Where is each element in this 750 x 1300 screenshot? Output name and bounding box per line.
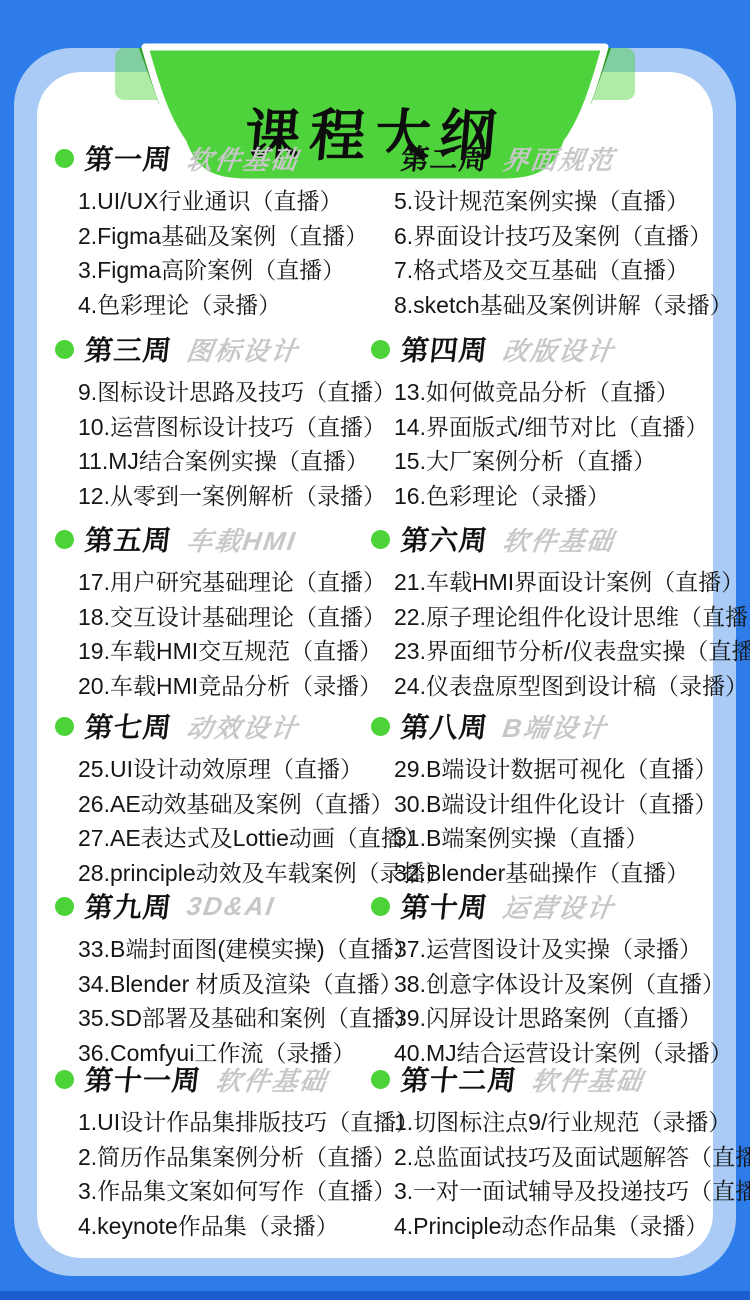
week-section: 第九周 3D&AI 33.B端封面图(建模实操)（直播）34.Blender 材… — [55, 890, 371, 1063]
course-item: 29.B端设计数据可视化（直播） — [394, 752, 750, 787]
bullet-dot-icon — [371, 1070, 390, 1089]
week-title: 第二周 — [399, 138, 490, 178]
course-item: 8.sketch基础及案例讲解（录播） — [394, 288, 750, 323]
week-title: 第十一周 — [83, 1059, 203, 1099]
course-item: 16.色彩理论（录播） — [394, 479, 750, 514]
week-topic: B端设计 — [500, 708, 610, 745]
bullet-dot-icon — [55, 1070, 74, 1089]
week-title: 第六周 — [399, 519, 490, 559]
week-title: 第五周 — [83, 519, 174, 559]
week-section: 第十一周 软件基础 1.UI设计作品集排版技巧（直播）2.简历作品集案例分析（直… — [55, 1063, 371, 1243]
course-item: 2.总监面试技巧及面试题解答（直播） — [394, 1140, 750, 1175]
course-item: 15.大厂案例分析（直播） — [394, 444, 750, 479]
week-heading: 第五周 车载HMI — [55, 523, 371, 555]
week-topic: 软件基础 — [500, 521, 617, 558]
bullet-dot-icon — [371, 717, 390, 736]
course-item: 9.图标设计思路及技巧（直播） — [78, 375, 371, 410]
course-item: 11.MJ结合案例实操（直播） — [78, 444, 371, 479]
course-item: 3.作品集文案如何写作（直播） — [78, 1174, 371, 1209]
bullet-dot-icon — [55, 340, 74, 359]
week-heading: 第二周 界面规范 — [371, 142, 750, 174]
course-item: 22.原子理论组件化设计思维（直播） — [394, 600, 750, 635]
bullet-dot-icon — [371, 149, 390, 168]
course-list: 1.UI设计作品集排版技巧（直播）2.简历作品集案例分析（直播）3.作品集文案如… — [55, 1105, 371, 1243]
weeks-grid: 第一周 软件基础 1.UI/UX行业通识（直播）2.Figma基础及案例（直播）… — [55, 142, 703, 1243]
course-outline-poster: 课程大纲 第一周 软件基础 1.UI/UX行业通识（直播）2.Figma基础及案… — [0, 0, 750, 1300]
week-topic: 车载HMI — [184, 521, 299, 558]
week-topic: 3D&AI — [185, 891, 277, 922]
week-section: 第四周 改版设计 13.如何做竞品分析（直播）14.界面版式/细节对比（直播）1… — [371, 333, 750, 523]
week-heading: 第八周 B端设计 — [371, 710, 750, 742]
course-item: 33.B端封面图(建模实操)（直播） — [78, 932, 371, 967]
course-list: 25.UI设计动效原理（直播）26.AE动效基础及案例（直播）27.AE表达式及… — [55, 752, 371, 890]
course-item: 24.仪表盘原型图到设计稿（录播） — [394, 669, 750, 704]
week-topic: 软件基础 — [213, 1061, 330, 1098]
course-list: 21.车载HMI界面设计案例（直播）22.原子理论组件化设计思维（直播）23.界… — [371, 565, 750, 703]
course-item: 6.界面设计技巧及案例（直播） — [394, 219, 750, 254]
bottom-accent-strip — [0, 1291, 750, 1300]
course-list: 17.用户研究基础理论（直播）18.交互设计基础理论（直播）19.车载HMI交互… — [55, 565, 371, 703]
course-list: 1.UI/UX行业通识（直播）2.Figma基础及案例（直播）3.Figma高阶… — [55, 184, 371, 322]
course-item: 14.界面版式/细节对比（直播） — [394, 410, 750, 445]
course-item: 31.B端案例实操（直播） — [394, 821, 750, 856]
course-item: 19.车载HMI交互规范（直播） — [78, 634, 371, 669]
week-section: 第十周 运营设计 37.运营图设计及实操（录播）38.创意字体设计及案例（直播）… — [371, 890, 750, 1063]
course-item: 2.Figma基础及案例（直播） — [78, 219, 371, 254]
week-section: 第八周 B端设计 29.B端设计数据可视化（直播）30.B端设计组件化设计（直播… — [371, 710, 750, 890]
course-item: 30.B端设计组件化设计（直播） — [394, 787, 750, 822]
week-heading: 第九周 3D&AI — [55, 890, 371, 922]
week-section: 第三周 图标设计 9.图标设计思路及技巧（直播）10.运营图标设计技巧（直播）1… — [55, 333, 371, 523]
course-item: 26.AE动效基础及案例（直播） — [78, 787, 371, 822]
course-item: 13.如何做竞品分析（直播） — [394, 375, 750, 410]
course-item: 2.简历作品集案例分析（直播） — [78, 1140, 371, 1175]
course-item: 25.UI设计动效原理（直播） — [78, 752, 371, 787]
bullet-dot-icon — [371, 340, 390, 359]
week-title: 第七周 — [83, 706, 174, 746]
week-topic: 软件基础 — [529, 1061, 646, 1098]
course-list: 29.B端设计数据可视化（直播）30.B端设计组件化设计（直播）31.B端案例实… — [371, 752, 750, 890]
course-item: 1.UI/UX行业通识（直播） — [78, 184, 371, 219]
course-item: 21.车载HMI界面设计案例（直播） — [394, 565, 750, 600]
week-heading: 第三周 图标设计 — [55, 333, 371, 365]
course-list: 33.B端封面图(建模实操)（直播）34.Blender 材质及渲染（直播）35… — [55, 932, 371, 1070]
course-item: 1.UI设计作品集排版技巧（直播） — [78, 1105, 371, 1140]
course-item: 3.Figma高阶案例（直播） — [78, 253, 371, 288]
course-list: 37.运营图设计及实操（录播）38.创意字体设计及案例（直播）39.闪屏设计思路… — [371, 932, 750, 1070]
course-item: 10.运营图标设计技巧（直播） — [78, 410, 371, 445]
week-heading: 第六周 软件基础 — [371, 523, 750, 555]
week-topic: 动效设计 — [184, 708, 301, 745]
course-item: 20.车载HMI竞品分析（录播） — [78, 669, 371, 704]
week-heading: 第十二周 软件基础 — [371, 1063, 750, 1095]
week-topic: 软件基础 — [184, 140, 301, 177]
week-heading: 第十一周 软件基础 — [55, 1063, 371, 1095]
week-heading: 第四周 改版设计 — [371, 333, 750, 365]
bullet-dot-icon — [55, 530, 74, 549]
course-item: 34.Blender 材质及渲染（直播） — [78, 967, 371, 1002]
course-item: 17.用户研究基础理论（直播） — [78, 565, 371, 600]
course-item: 37.运营图设计及实操（录播） — [394, 932, 750, 967]
course-item: 35.SD部署及基础和案例（直播） — [78, 1001, 371, 1036]
course-item: 38.创意字体设计及案例（直播） — [394, 967, 750, 1002]
week-section: 第十二周 软件基础 1.切图标注点9/行业规范（录播）2.总监面试技巧及面试题解… — [371, 1063, 750, 1243]
week-title: 第十周 — [399, 886, 490, 926]
course-item: 12.从零到一案例解析（录播） — [78, 479, 371, 514]
course-item: 4.Principle动态作品集（录播） — [394, 1209, 750, 1244]
week-title: 第四周 — [399, 329, 490, 369]
course-item: 4.色彩理论（录播） — [78, 288, 371, 323]
course-list: 13.如何做竞品分析（直播）14.界面版式/细节对比（直播）15.大厂案例分析（… — [371, 375, 750, 513]
course-item: 23.界面细节分析/仪表盘实操（直播） — [394, 634, 750, 669]
course-item: 3.一对一面试辅导及投递技巧（直播） — [394, 1174, 750, 1209]
bullet-dot-icon — [55, 717, 74, 736]
week-section: 第七周 动效设计 25.UI设计动效原理（直播）26.AE动效基础及案例（直播）… — [55, 710, 371, 890]
week-title: 第一周 — [83, 138, 174, 178]
course-item: 1.切图标注点9/行业规范（录播） — [394, 1105, 750, 1140]
week-section: 第六周 软件基础 21.车载HMI界面设计案例（直播）22.原子理论组件化设计思… — [371, 523, 750, 710]
course-list: 9.图标设计思路及技巧（直播）10.运营图标设计技巧（直播）11.MJ结合案例实… — [55, 375, 371, 513]
week-topic: 图标设计 — [184, 331, 301, 368]
course-item: 5.设计规范案例实操（直播） — [394, 184, 750, 219]
course-list: 5.设计规范案例实操（直播）6.界面设计技巧及案例（直播）7.格式塔及交互基础（… — [371, 184, 750, 322]
week-heading: 第十周 运营设计 — [371, 890, 750, 922]
week-heading: 第一周 软件基础 — [55, 142, 371, 174]
week-topic: 改版设计 — [500, 331, 617, 368]
course-item: 4.keynote作品集（录播） — [78, 1209, 371, 1244]
course-list: 1.切图标注点9/行业规范（录播）2.总监面试技巧及面试题解答（直播）3.一对一… — [371, 1105, 750, 1243]
course-item: 7.格式塔及交互基础（直播） — [394, 253, 750, 288]
week-heading: 第七周 动效设计 — [55, 710, 371, 742]
week-topic: 运营设计 — [500, 888, 617, 925]
week-title: 第八周 — [399, 706, 490, 746]
course-item: 39.闪屏设计思路案例（直播） — [394, 1001, 750, 1036]
course-item: 32.Blender基础操作（直播） — [394, 856, 750, 891]
bullet-dot-icon — [55, 149, 74, 168]
week-title: 第三周 — [83, 329, 174, 369]
course-item: 28.principle动效及车载案例（录播） — [78, 856, 371, 891]
week-topic: 界面规范 — [500, 140, 617, 177]
week-title: 第九周 — [83, 886, 174, 926]
course-item: 18.交互设计基础理论（直播） — [78, 600, 371, 635]
bullet-dot-icon — [371, 897, 390, 916]
course-item: 27.AE表达式及Lottie动画（直播） — [78, 821, 371, 856]
week-section: 第一周 软件基础 1.UI/UX行业通识（直播）2.Figma基础及案例（直播）… — [55, 142, 371, 333]
bullet-dot-icon — [371, 530, 390, 549]
week-title: 第十二周 — [399, 1059, 519, 1099]
bullet-dot-icon — [55, 897, 74, 916]
week-section: 第二周 界面规范 5.设计规范案例实操（直播）6.界面设计技巧及案例（直播）7.… — [371, 142, 750, 333]
week-section: 第五周 车载HMI 17.用户研究基础理论（直播）18.交互设计基础理论（直播）… — [55, 523, 371, 710]
